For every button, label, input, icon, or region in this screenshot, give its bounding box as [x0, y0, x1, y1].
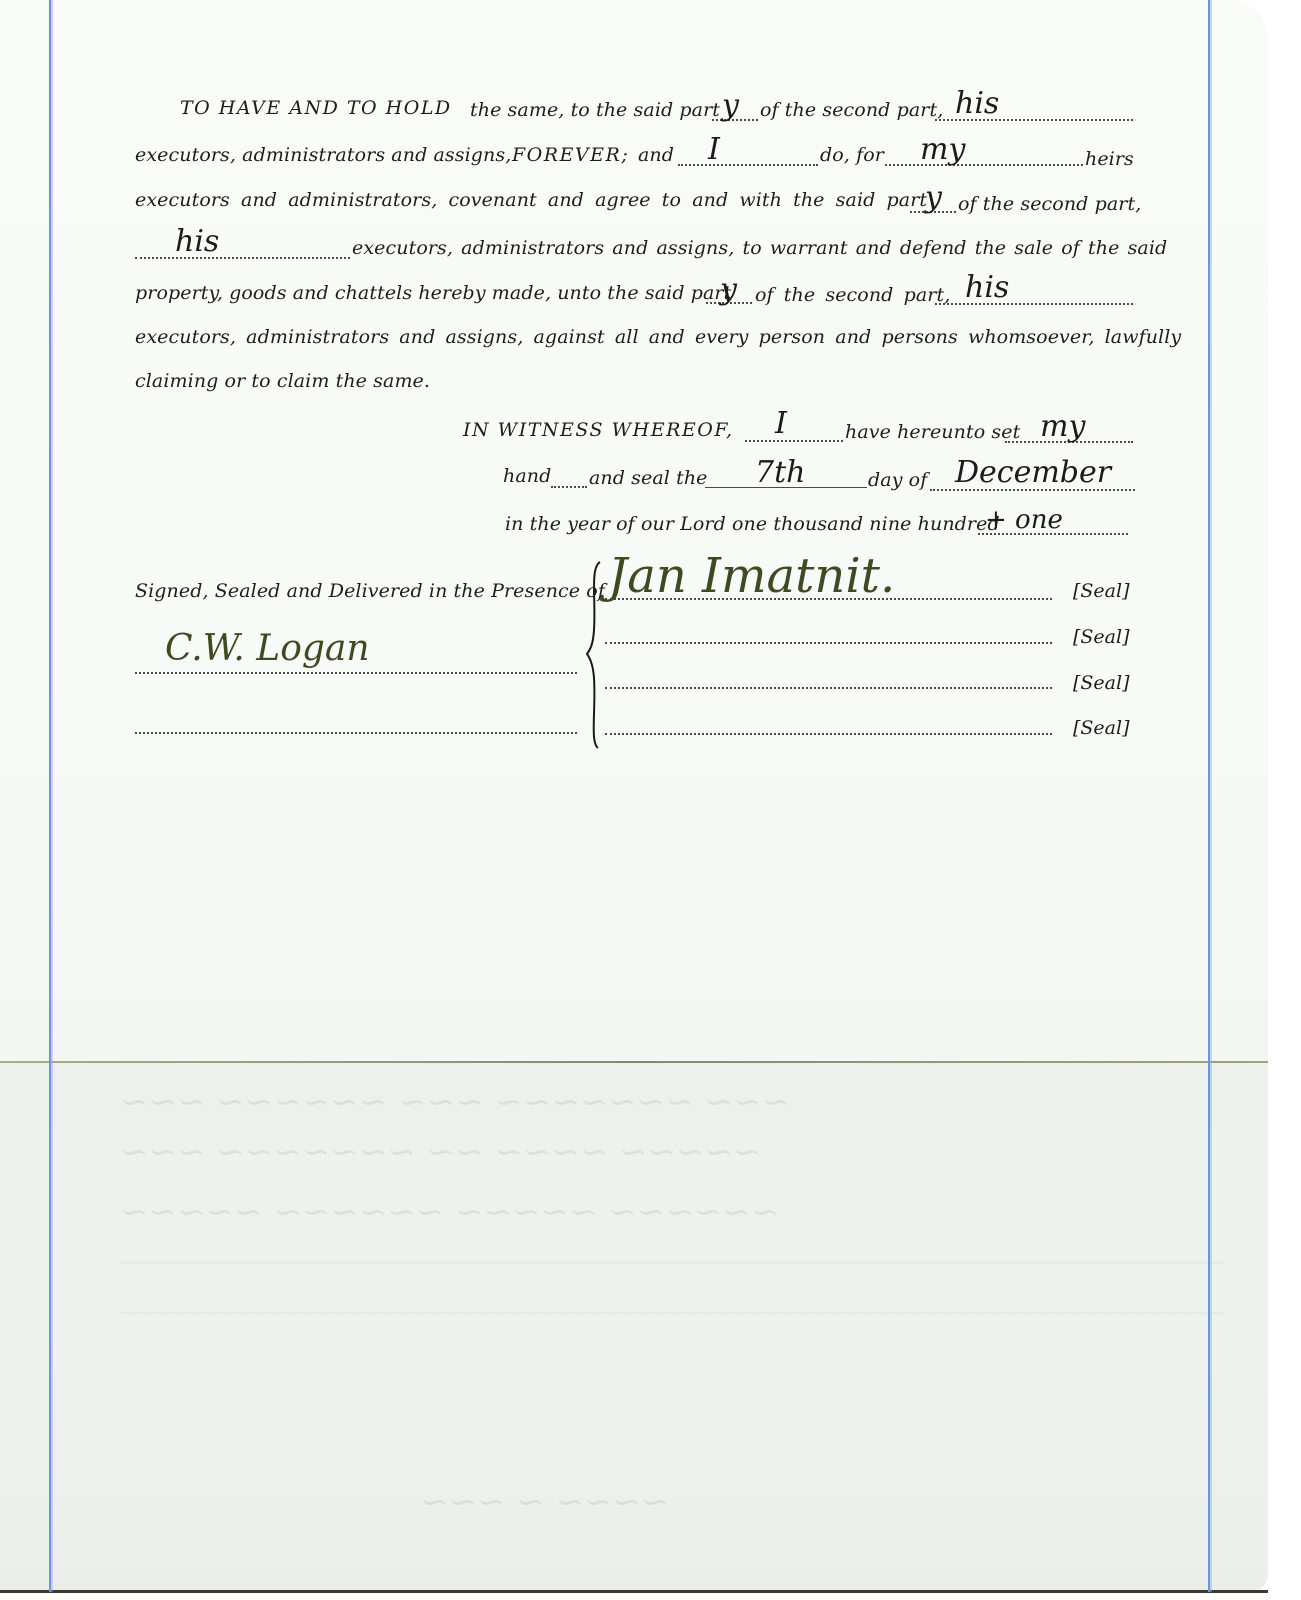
- signatory-signature-line: [605, 642, 1052, 644]
- signatory-signature: Jan Imatnit.: [608, 548, 895, 604]
- seal-label: [Seal]: [1073, 580, 1130, 602]
- signatory-signature-line: [605, 733, 1052, 735]
- static-text: executors, administrators and assigns,: [135, 144, 511, 166]
- witness-signature: C.W. Logan: [165, 628, 370, 669]
- attestation-label: Signed, Sealed and Delivered in the Pres…: [135, 580, 605, 602]
- handwritten-fill: I: [775, 406, 787, 441]
- blank-line: [678, 164, 818, 166]
- seal-label: [Seal]: [1073, 672, 1130, 694]
- static-text: of the second part,: [958, 193, 1141, 215]
- static-text: claiming or to claim the same.: [135, 370, 430, 392]
- static-text: heirs: [1085, 148, 1134, 170]
- left-margin-rule: [49, 0, 51, 1592]
- brace-icon: [586, 560, 606, 750]
- static-text: and: [638, 144, 674, 166]
- static-text: do, for: [820, 144, 884, 166]
- handwritten-fill: his: [965, 270, 1009, 305]
- blank-line: [551, 486, 587, 488]
- bleed-through-print: ————————————————————————————————————————…: [120, 1302, 1224, 1321]
- handwritten-fill: 7th: [755, 455, 805, 490]
- right-margin-rule: [1208, 0, 1210, 1592]
- static-text: executors, administrators and assigns, t…: [352, 237, 1167, 259]
- seal-label: [Seal]: [1073, 717, 1130, 739]
- handwritten-fill: my: [920, 132, 965, 167]
- static-text: the same, to the said part: [470, 99, 720, 121]
- handwritten-fill: + one: [985, 505, 1063, 535]
- blank-line: [885, 164, 1083, 166]
- lower-panel-bleed-through: ~~~ ~~~~~~~ ~~~ ~~~~~~ ~~~ ~~~~~ ~~~~ ~~…: [0, 1062, 1268, 1592]
- static-text: day of: [868, 469, 927, 491]
- static-text: executors and administrators, covenant a…: [135, 189, 927, 211]
- static-text-emphasis: FOREVER;: [512, 144, 629, 166]
- handwritten-fill: y: [722, 88, 739, 123]
- blank-line: [135, 257, 350, 259]
- witness-signature-line: [135, 672, 577, 674]
- handwritten-fill: I: [708, 132, 720, 167]
- blank-line: [745, 440, 843, 442]
- static-text: have hereunto set: [845, 421, 1020, 443]
- handwritten-fill: y: [925, 180, 942, 215]
- signatory-signature-line: [605, 687, 1052, 689]
- bleed-through-handwriting: ~~~ ~~~~~~~ ~~~ ~~~~~~ ~~~: [120, 1082, 790, 1122]
- static-text: hand: [503, 465, 551, 487]
- handwritten-fill: my: [1040, 409, 1085, 444]
- page-edge: [0, 1590, 1268, 1593]
- static-text: executors, administrators and assigns, a…: [135, 326, 1181, 348]
- static-text: of the second part,: [755, 284, 950, 306]
- static-text: of the second part,: [760, 99, 943, 121]
- static-text: property, goods and chattels hereby made…: [135, 282, 731, 304]
- handwritten-fill: his: [175, 224, 219, 259]
- static-text: and seal the: [589, 467, 708, 489]
- clause-heading: TO HAVE AND TO HOLD: [180, 97, 452, 119]
- handwritten-fill: y: [720, 272, 737, 307]
- bleed-through-handwriting: ~~~~ ~ ~~~: [420, 1482, 670, 1522]
- clause-heading: IN WITNESS WHEREOF,: [463, 419, 734, 441]
- handwritten-fill: December: [955, 455, 1111, 490]
- fold-crease: [0, 1061, 1268, 1063]
- witness-signature-line: [135, 732, 577, 734]
- bleed-through-print: ————————————————————————————————————————…: [120, 1252, 1224, 1271]
- seal-label: [Seal]: [1073, 626, 1130, 648]
- bleed-through-handwriting: ~~~~~~ ~~~~~ ~~~~~~ ~~~~~: [120, 1192, 779, 1232]
- handwritten-fill: his: [955, 86, 999, 121]
- bleed-through-handwriting: ~~~~~ ~~~~ ~~ ~~~~~~~ ~~~: [120, 1132, 761, 1172]
- static-text: in the year of our Lord one thousand nin…: [505, 513, 1000, 535]
